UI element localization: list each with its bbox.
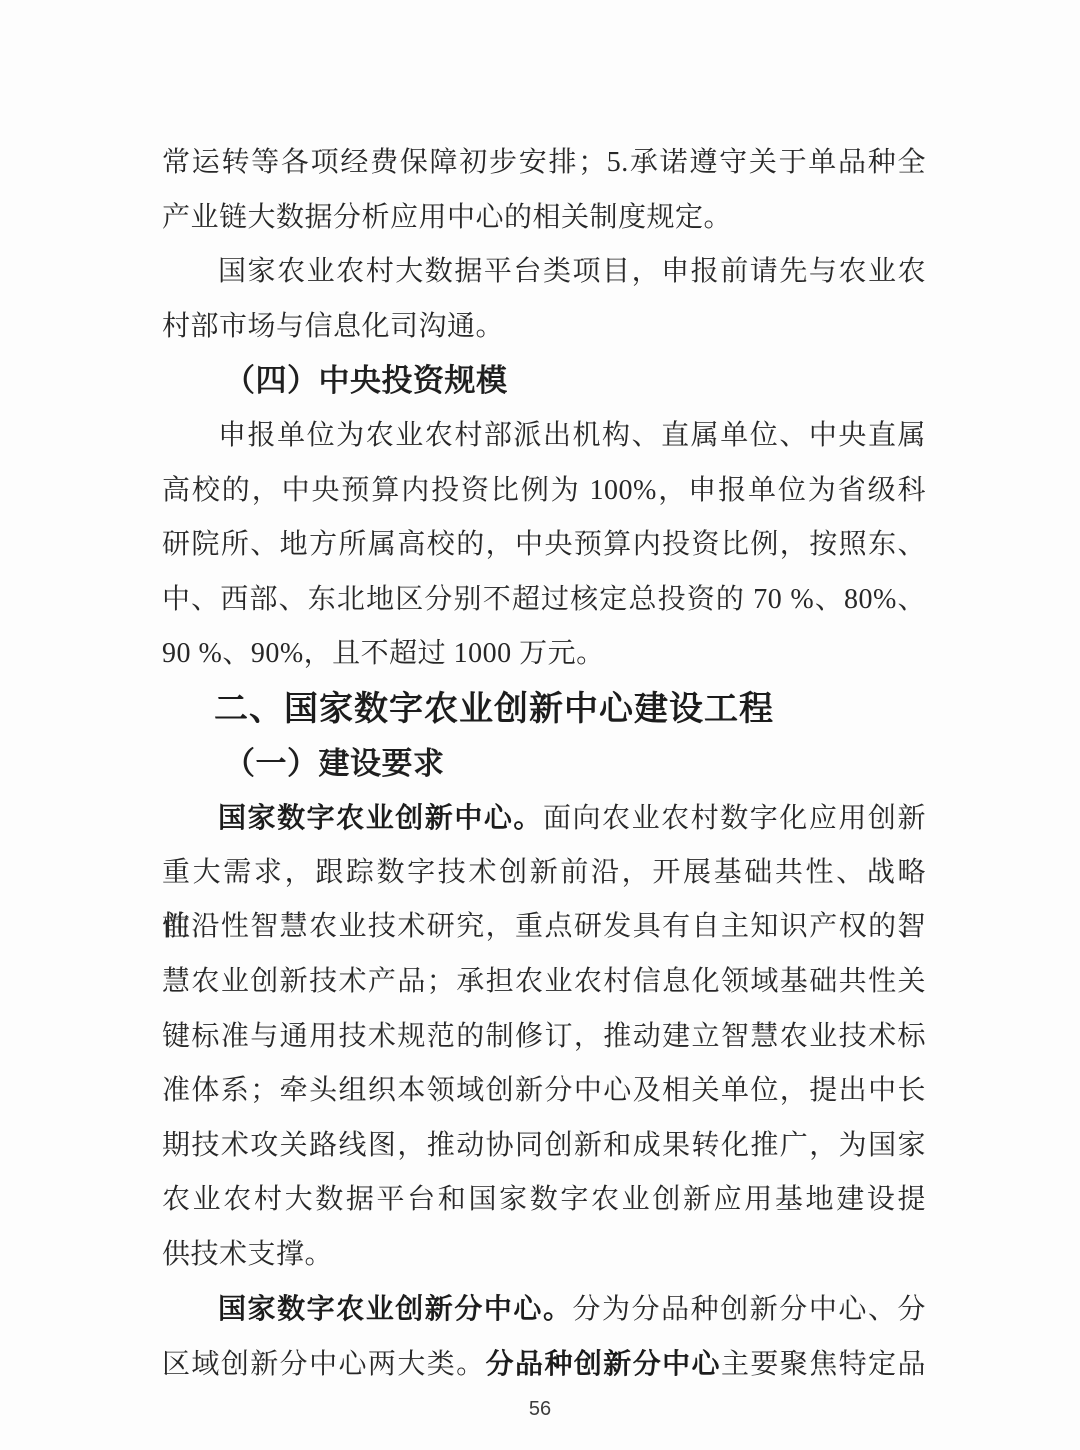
page-number: 56 [0, 1398, 1080, 1421]
subsection-heading-central-investment-scale: （四）中央投资规模 [162, 354, 926, 409]
text-line: 前沿性智慧农业技术研究，重点研发具有自主知识产权的智 [162, 900, 926, 955]
text-line: 90 %、90%，且不超过 1000 万元。 [162, 627, 926, 682]
text-run: 分为分品种创新分中心、分 [573, 1294, 926, 1325]
text-run: 主要聚焦特定品 [721, 1349, 926, 1380]
bold-lead-national-digital-agriculture-innovation-subcenter: 国家数字农业创新分中心。 [218, 1293, 573, 1324]
document-page: 常运转等各项经费保障初步安排；5.承诺遵守关于单品种全 产业链大数据分析应用中心… [0, 0, 1080, 1450]
text-line: 农业农村大数据平台和国家数字农业创新应用基地建设提 [162, 1173, 926, 1228]
text-line: 高校的，中央预算内投资比例为 100%，申报单位为省级科 [162, 464, 926, 519]
text-run: 区域创新分中心两大类。 [162, 1349, 486, 1380]
text-line: 国家数字农业创新分中心。分为分品种创新分中心、分 [162, 1282, 926, 1337]
text-line: 研院所、地方所属高校的，中央预算内投资比例，按照东、 [162, 518, 926, 573]
section-heading-innovation-center-project: 二、国家数字农业创新中心建设工程 [162, 682, 926, 737]
text-line: 供技术支撑。 [162, 1228, 926, 1283]
text-line: 产业链大数据分析应用中心的相关制度规定。 [162, 191, 926, 246]
text-line: 国家数字农业创新中心。面向农业农村数字化应用创新 [162, 791, 926, 846]
text-line: 中、西部、东北地区分别不超过核定总投资的 70 %、80%、 [162, 573, 926, 628]
text-line: 国家农业农村大数据平台类项目，申报前请先与农业农 [162, 245, 926, 300]
text-line: 期技术攻关路线图，推动协同创新和成果转化推广，为国家 [162, 1119, 926, 1174]
document-body: 常运转等各项经费保障初步安排；5.承诺遵守关于单品种全 产业链大数据分析应用中心… [162, 136, 926, 1392]
text-line: 慧农业创新技术产品；承担农业农村信息化领域基础共性关 [162, 955, 926, 1010]
text-run: 面向农业农村数字化应用创新 [543, 803, 926, 834]
text-line: 村部市场与信息化司沟通。 [162, 300, 926, 355]
subsection-heading-construction-requirements: （一）建设要求 [162, 737, 926, 792]
bold-run-variety-subcenter: 分品种创新分中心 [486, 1348, 721, 1379]
text-line: 申报单位为农业农村部派出机构、直属单位、中央直属 [162, 409, 926, 464]
text-line: 准体系；牵头组织本领域创新分中心及相关单位，提出中长 [162, 1064, 926, 1119]
text-line: 区域创新分中心两大类。分品种创新分中心主要聚焦特定品 [162, 1337, 926, 1392]
text-line: 常运转等各项经费保障初步安排；5.承诺遵守关于单品种全 [162, 136, 926, 191]
text-line: 键标准与通用技术规范的制修订，推动建立智慧农业技术标 [162, 1010, 926, 1065]
text-line: 重大需求，跟踪数字技术创新前沿，开展基础共性、战略性、 [162, 846, 926, 901]
bold-lead-national-digital-agriculture-innovation-center: 国家数字农业创新中心。 [218, 802, 543, 833]
